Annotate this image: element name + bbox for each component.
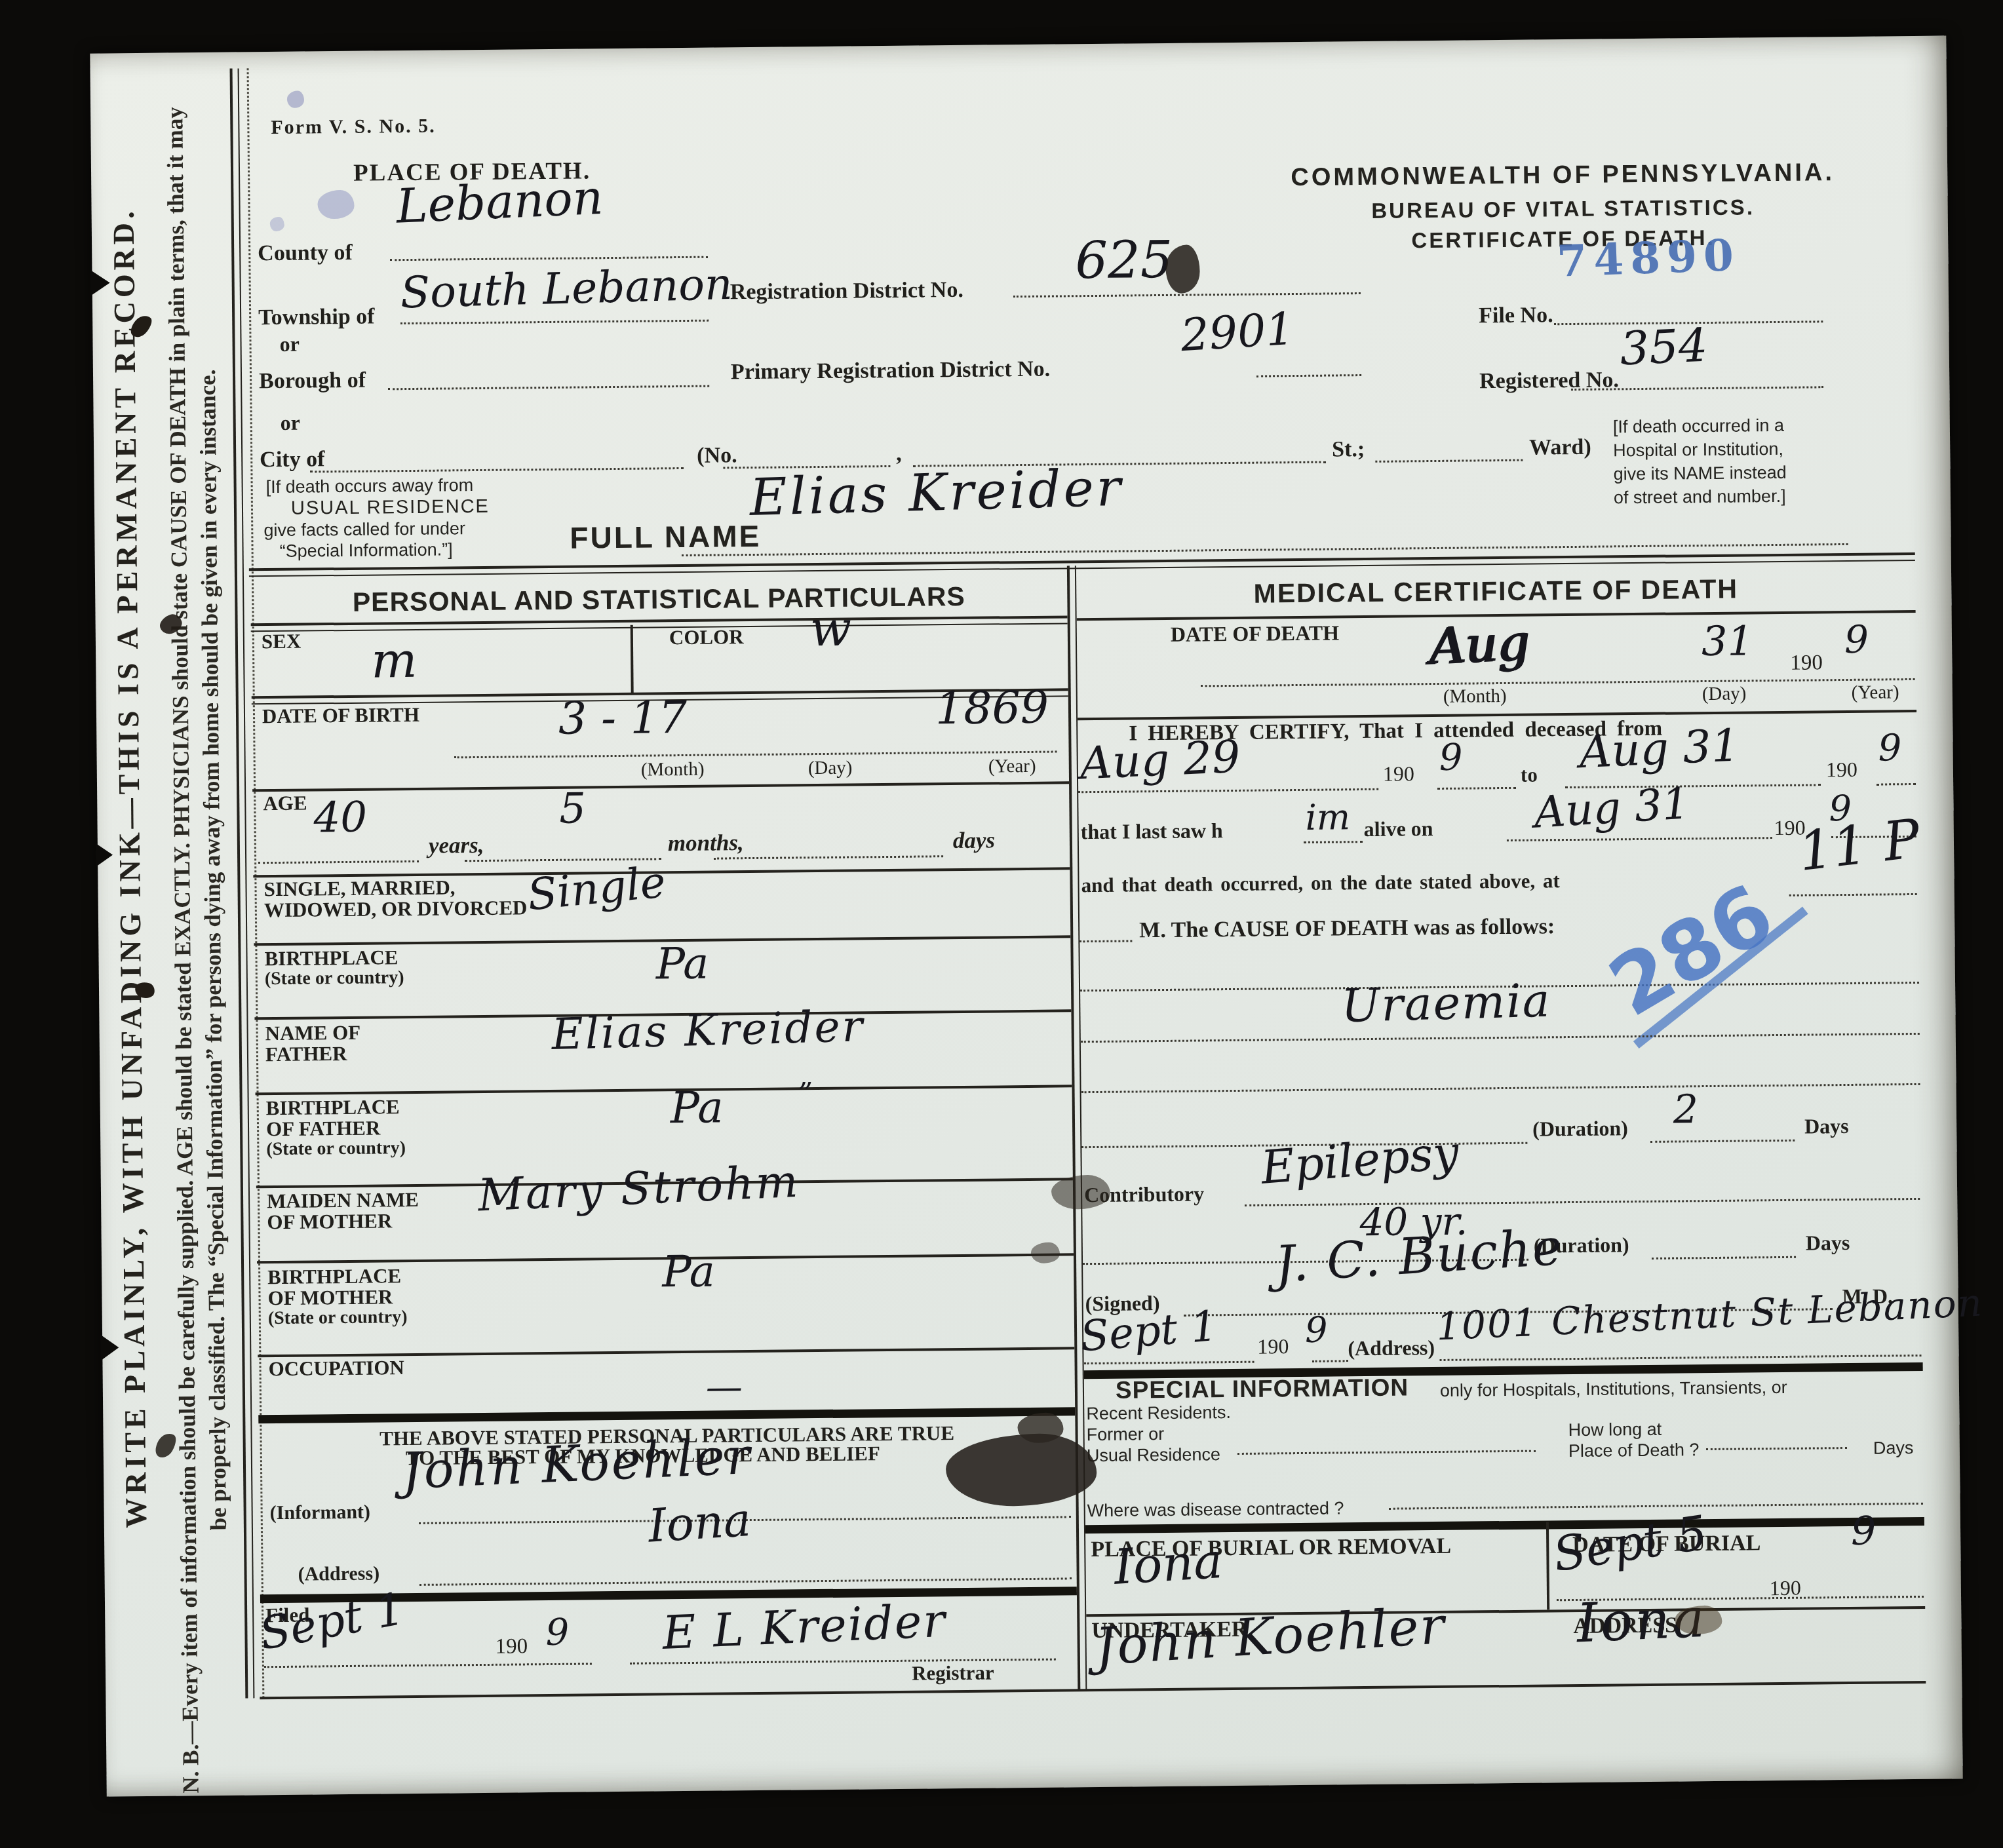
attended-from-year-printed: 190	[1383, 763, 1414, 785]
date-of-death-line	[1201, 678, 1915, 687]
residence-note-line-3: give facts called for under	[263, 519, 465, 539]
filed-year-value: 9	[545, 1617, 569, 1650]
registration-district-value: 625	[1075, 237, 1173, 284]
age-months-value: 5	[559, 790, 586, 828]
dob-line	[454, 751, 1057, 759]
how-long-days-label: Days	[1873, 1438, 1914, 1457]
burial-bar	[1085, 1517, 1924, 1533]
registrar-label: Registrar	[912, 1663, 994, 1685]
age-days-label: days	[953, 828, 996, 853]
how-long-label-1: How long at	[1568, 1420, 1662, 1440]
filed-line	[264, 1663, 592, 1668]
dob-row-rule	[252, 781, 1069, 792]
burial-divider	[1546, 1522, 1549, 1609]
special-info-title: SPECIAL INFORMATION	[1116, 1375, 1409, 1403]
residence-note-line-2: USUAL RESIDENCE	[291, 497, 490, 518]
father-birthplace-value: Pa	[671, 1088, 724, 1127]
physician-address-value: 1001 Chestnut St Lebanon	[1435, 1285, 1984, 1343]
contributory-value: Epilepsy	[1260, 1132, 1460, 1189]
city-line-1	[310, 467, 684, 472]
attended-line-1	[1078, 788, 1378, 793]
father-label-1: NAME OF	[265, 1022, 361, 1045]
birthplace-value: Pa	[655, 944, 709, 984]
dob-month-day: 3 - 17	[558, 698, 688, 739]
informant-address-value: Iona	[647, 1499, 752, 1547]
attended-to-year-printed: 190	[1826, 759, 1857, 781]
or-label-1: or	[279, 334, 300, 356]
informant-signature: John Koehler	[401, 1434, 753, 1494]
date-of-death-label: DATE OF DEATH	[1171, 622, 1340, 645]
former-label-1: Former or	[1086, 1425, 1164, 1444]
township-value: South Lebanon	[400, 265, 733, 313]
personal-title-rule	[251, 615, 1068, 632]
file-no-label: File No.	[1479, 303, 1553, 328]
former-label-2: Usual Residence	[1087, 1445, 1220, 1465]
last-saw-pre: that I last saw h	[1081, 820, 1223, 843]
cause-line-3	[1081, 1083, 1920, 1093]
dob-day-sublabel: (Day)	[808, 758, 853, 779]
hospital-note-line-3: give its NAME instead	[1613, 463, 1786, 484]
form-number: Form V. S. No. 5.	[271, 116, 436, 138]
sex-value: m	[371, 639, 418, 683]
signed-date-value: Sept 1	[1079, 1308, 1218, 1357]
birthplace-label: BIRTHPLACE	[264, 947, 398, 970]
city-line-4	[1375, 459, 1523, 463]
commonwealth-heading: COMMONWEALTH OF PENNSYLVANIA.	[1235, 159, 1890, 191]
mother-bp-label-2: OF MOTHER	[267, 1286, 393, 1309]
duration-line-2	[1650, 1140, 1795, 1143]
ink-smudge	[1675, 1606, 1722, 1635]
death-time-line	[1789, 893, 1917, 896]
attended-to-year-value: 9	[1878, 732, 1901, 765]
physician-signature: J. C. Buche	[1274, 1225, 1564, 1288]
father-bp-label-2: OF FATHER	[266, 1117, 381, 1140]
how-long-line	[1706, 1447, 1847, 1450]
informant-label: (Informant)	[270, 1502, 371, 1524]
cause-heading-leader	[1079, 940, 1132, 942]
margin-note-permanent-record: WRITE PLAINLY, WITH UNFADING INK—THIS IS…	[105, 104, 154, 1631]
attended-to-value: Aug 31	[1578, 725, 1740, 773]
signed-date-line	[1084, 1361, 1254, 1364]
paper-tear	[100, 1334, 119, 1360]
bottom-rule	[260, 1681, 1926, 1699]
dob-label: DATE OF BIRTH	[262, 704, 419, 727]
special-info-rest-2: Recent Residents.	[1086, 1403, 1231, 1423]
township-line	[400, 320, 709, 325]
death-month-value: Aug	[1429, 620, 1530, 669]
age-years-value: 40	[313, 799, 367, 837]
mother-label-2: OF MOTHER	[267, 1210, 392, 1233]
last-saw-mid: alive on	[1364, 818, 1433, 841]
ink-stain-blue	[270, 217, 284, 231]
death-month-sublabel: (Month)	[1443, 686, 1507, 706]
cause-line-2	[1081, 1033, 1920, 1043]
bureau-heading: BUREAU OF VITAL STATISTICS.	[1235, 195, 1891, 223]
registration-district-line	[1013, 292, 1361, 298]
contributory-line	[1245, 1198, 1920, 1206]
signed-year-printed: 190	[1257, 1336, 1289, 1358]
personal-section-title: PERSONAL AND STATISTICAL PARTICULARS	[250, 581, 1067, 617]
father-birthplace-ditto: ”	[798, 1081, 813, 1107]
city-label: City of	[260, 448, 324, 472]
birthplace-sublabel: (State or country)	[265, 968, 404, 988]
color-value: w	[809, 607, 851, 651]
cause-heading: M. The CAUSE OF DEATH was as follows:	[1139, 915, 1555, 942]
city-no-label: (No.	[697, 444, 737, 467]
full-name-value: Elias Kreider	[749, 465, 1124, 522]
dob-year-sublabel: (Year)	[988, 756, 1036, 777]
column-divider	[1067, 566, 1087, 1690]
former-residence-line	[1237, 1450, 1536, 1455]
special-info-rest: only for Hospitals, Institutions, Transi…	[1440, 1378, 1787, 1400]
ink-stain-blue	[317, 190, 354, 220]
header-divider-rule	[249, 552, 1915, 577]
residence-note-line-1: [If death occurs away from	[266, 476, 474, 496]
contributory-line-2	[1652, 1256, 1796, 1260]
attended-line-4	[1877, 783, 1916, 786]
cause-of-death-value: Uraemia	[1341, 980, 1552, 1028]
sex-label: SEX	[262, 631, 301, 653]
last-saw-line-2	[1507, 837, 1772, 841]
physician-address-label: (Address)	[1348, 1337, 1435, 1360]
burial-place-value: Iona	[1113, 1539, 1224, 1590]
death-year-sublabel: (Year)	[1852, 682, 1899, 703]
city-comma: ,	[896, 442, 902, 466]
or-label-2: or	[281, 412, 301, 434]
paper-tear	[96, 843, 113, 866]
primary-district-value: 2901	[1180, 309, 1296, 356]
attended-line-2	[1437, 787, 1516, 790]
medical-section-title: MEDICAL CERTIFICATE OF DEATH	[1076, 573, 1915, 609]
age-label: AGE	[263, 793, 307, 815]
registered-no-value: 354	[1619, 325, 1708, 370]
mother-label-1: MAIDEN NAME	[267, 1189, 419, 1212]
death-year-printed: 190	[1790, 651, 1823, 674]
color-label: COLOR	[669, 626, 744, 649]
burial-year-printed: 190	[1770, 1577, 1801, 1600]
death-time-value: 11 P	[1796, 815, 1922, 876]
death-day-sublabel: (Day)	[1702, 683, 1747, 704]
city-st-label: St.;	[1332, 438, 1365, 461]
borough-label: Borough of	[259, 369, 366, 393]
mother-birthplace-value: Pa	[662, 1252, 715, 1292]
informant-address-label: (Address)	[298, 1564, 379, 1585]
hospital-note-line-4: of street and number.]	[1614, 487, 1786, 507]
certificate-number-stamp: 74890	[1556, 229, 1741, 287]
death-day-value: 31	[1702, 623, 1753, 660]
signed-date-line-2	[1312, 1360, 1348, 1362]
filed-year-printed: 190	[496, 1635, 528, 1658]
sex-color-divider	[631, 625, 634, 695]
father-label-2: FATHER	[265, 1043, 347, 1066]
scan-background: WRITE PLAINLY, WITH UNFADING INK—THIS IS…	[0, 0, 2003, 1848]
father-row-rule	[256, 1085, 1072, 1095]
residence-note-line-4: “Special Information.”]	[279, 540, 452, 560]
cause-duration-value: 2	[1673, 1092, 1699, 1127]
hospital-note-line-1: [If death occurred in a	[1613, 416, 1784, 436]
to-label: to	[1521, 765, 1538, 786]
full-name-label: FULL NAME	[570, 520, 761, 554]
age-line-1	[258, 860, 419, 864]
mother-name-value: Mary Strohm	[477, 1162, 801, 1216]
ink-smudge	[1031, 1242, 1060, 1263]
primary-district-label: Primary Registration District No.	[731, 358, 1051, 384]
primary-district-line	[1256, 374, 1361, 377]
ink-blot	[1165, 244, 1200, 293]
burial-year-value: 9	[1851, 1514, 1877, 1549]
attended-from-value: Aug 29	[1079, 737, 1241, 784]
father-name-value: Elias Kreider	[551, 1007, 865, 1054]
disease-contracted-label: Where was disease contracted ?	[1087, 1499, 1344, 1520]
age-months-label: months,	[668, 831, 744, 856]
registrar-signature: E L Kreider	[661, 1600, 947, 1654]
age-line-3	[714, 855, 943, 859]
last-saw-line-1	[1304, 841, 1363, 843]
paper-tear	[90, 269, 109, 296]
father-bp-sublabel: (State or country)	[266, 1138, 406, 1159]
death-year-value: 9	[1844, 623, 1869, 657]
city-ward-label: Ward)	[1529, 436, 1591, 460]
how-long-label-2: Place of Death ?	[1568, 1440, 1700, 1460]
dob-month-sublabel: (Month)	[641, 760, 705, 780]
township-label: Township of	[258, 305, 375, 330]
margin-note-nb: N. B.—Every item of information should b…	[160, 103, 237, 1798]
occupation-value: —	[706, 1371, 743, 1404]
informant-address-line	[419, 1577, 1072, 1586]
borough-line	[388, 385, 709, 391]
last-saw-date-value: Aug 31	[1533, 784, 1691, 832]
contributory-days-label: Days	[1806, 1232, 1850, 1254]
county-label: County of	[258, 241, 353, 265]
attended-from-year-value: 9	[1439, 742, 1462, 775]
cause-duration-days-label: Days	[1804, 1115, 1849, 1138]
registration-district-label: Registration District No.	[730, 279, 963, 304]
occupation-label: OCCUPATION	[268, 1357, 404, 1380]
age-years-label: years,	[429, 834, 484, 858]
mother-bp-sublabel: (State or country)	[268, 1307, 408, 1328]
signed-year-value: 9	[1305, 1315, 1328, 1347]
certificate-paper: WRITE PLAINLY, WITH UNFADING INK—THIS IS…	[90, 35, 1962, 1796]
cause-duration-label: (Duration)	[1532, 1117, 1628, 1140]
county-value: Lebanon	[395, 176, 604, 228]
physician-address-line	[1440, 1355, 1922, 1361]
marital-value: Single	[526, 862, 667, 915]
last-saw-him: im	[1305, 801, 1350, 834]
marital-label-2: WIDOWED, OR DIVORCED	[264, 897, 528, 921]
death-occurred-line: and that death occurred, on the date sta…	[1081, 870, 1560, 896]
disease-contracted-line	[1389, 1503, 1923, 1510]
dob-year: 1869	[935, 688, 1049, 729]
ink-stain-blue	[287, 91, 304, 108]
hospital-note-line-2: Hospital or Institution,	[1613, 440, 1783, 460]
